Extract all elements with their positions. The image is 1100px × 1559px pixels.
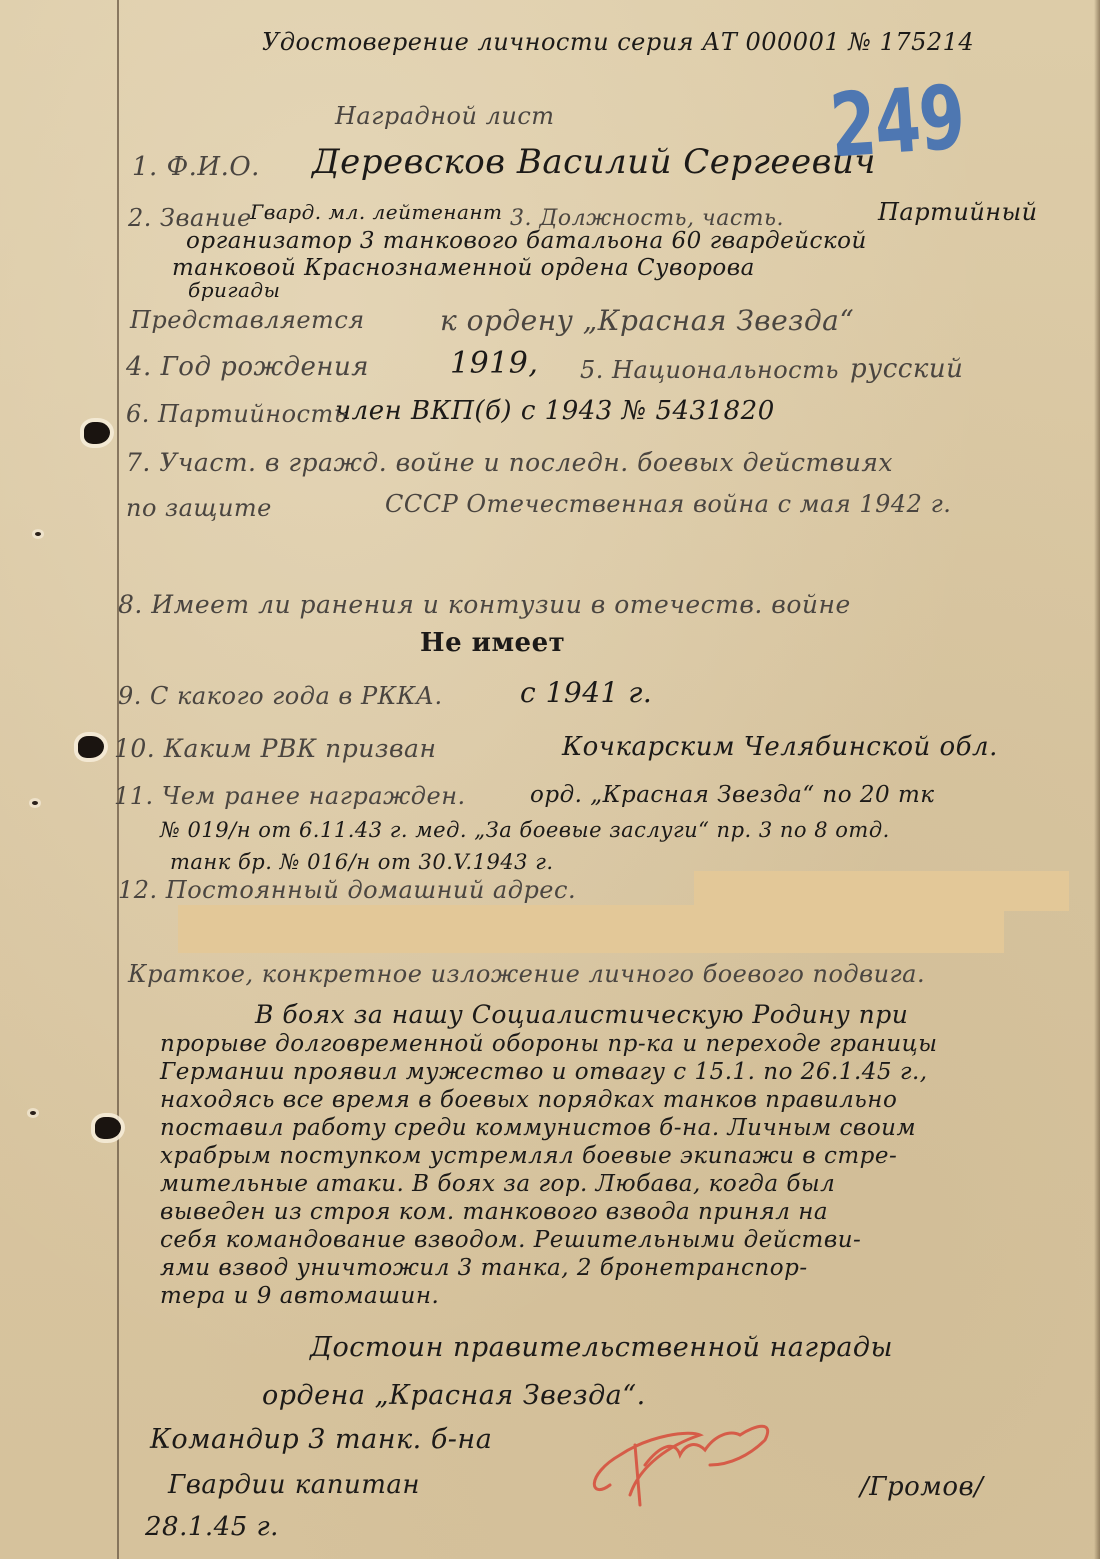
field-3-value-line1: Партийный	[878, 198, 1038, 226]
document-title: Наградной лист	[335, 102, 555, 130]
pin-hole-icon	[35, 532, 41, 536]
id-card-line: Удостоверение личности серия АТ 000001 №…	[262, 28, 974, 56]
field-1-label: 1. Ф.И.О.	[132, 152, 260, 182]
feat-line: выведен из строя ком. танкового взвода п…	[160, 1198, 1080, 1226]
feat-line: тера и 9 автомашин.	[160, 1282, 1080, 1310]
address-redaction	[178, 905, 1004, 953]
conclusion-line1: Достоин правительственной награды	[310, 1332, 893, 1363]
field-9-label: 9. С какого года в РККА.	[118, 682, 443, 710]
red-signature-icon	[580, 1405, 780, 1515]
binder-hole-icon	[78, 736, 104, 758]
field-3-value-line2: организатор 3 танкового батальона 60 гва…	[186, 228, 867, 254]
page-edge-shadow	[1094, 0, 1100, 1559]
feat-line: находясь все время в боевых порядках тан…	[160, 1086, 1080, 1114]
feat-line: Германии проявил мужество и отвагу с 15.…	[160, 1058, 1080, 1086]
feat-line: мительные атаки. В боях за гор. Любава, …	[160, 1170, 1080, 1198]
field-2-value-rank: Гвард. мл. лейтенант	[250, 200, 503, 224]
field-4-label: 4. Год рождения	[126, 352, 369, 382]
field-4-value-birth-year: 1919,	[450, 346, 538, 381]
pin-hole-icon	[30, 1111, 36, 1115]
signer-title-line2: Гвардии капитан	[168, 1470, 420, 1500]
binder-hole-icon	[84, 422, 110, 444]
feat-text-block: В боях за нашу Социалистическую Родину п…	[160, 1000, 1080, 1310]
field-5-label: 5. Национальность	[580, 356, 839, 384]
feat-line: прорыве долговременной обороны пр-ка и п…	[160, 1030, 1080, 1058]
pin-hole-icon	[32, 801, 38, 805]
field-10-label: 10. Каким РВК призван	[114, 734, 436, 763]
field-11-value-line1: орд. „Красная Звезда“ по 20 тк	[530, 782, 935, 808]
field-6-value-party: член ВКП(б) с 1943 № 5431820	[335, 396, 775, 426]
field-1-value-name: Деревсков Василий Сергеевич	[312, 142, 876, 182]
field-6-label: 6. Партийность	[126, 400, 347, 428]
field-7-label-line1: 7. Участ. в гражд. войне и последн. боев…	[126, 448, 893, 477]
presented-for-value: к ордену „Красная Звезда“	[440, 304, 854, 337]
field-12-label: 12. Постоянный домашний адрес.	[118, 876, 576, 904]
field-5-value-nationality: русский	[850, 354, 963, 384]
field-11-value-line3: танк бр. № 016/н от 30.V.1943 г.	[170, 850, 554, 874]
feat-line: храбрым поступком устремлял боевые экипа…	[160, 1142, 1080, 1170]
feat-line: себя командование взводом. Решительными …	[160, 1226, 1080, 1254]
field-8-value-wounds: Не имеет	[420, 628, 565, 658]
presented-for-label: Представляется	[130, 306, 365, 334]
document-date: 28.1.45 г.	[145, 1512, 279, 1542]
field-7-value: СССР Отечественная война с мая 1942 г.	[385, 490, 951, 518]
field-3-value-line4: бригады	[188, 278, 280, 302]
field-10-value-recruitment-office: Кочкарским Челябинской обл.	[562, 732, 998, 762]
field-11-value-line2: № 019/н от 6.11.43 г. мед. „За боевые за…	[160, 818, 890, 842]
feat-line: ями взвод уничтожил 3 танка, 2 бронетран…	[160, 1254, 1080, 1282]
feat-heading: Краткое, конкретное изложение личного бо…	[128, 960, 925, 988]
field-9-value-service-year: с 1941 г.	[520, 676, 652, 709]
signer-title-line1: Командир 3 танк. б-на	[150, 1424, 492, 1455]
award-sheet-page: Удостоверение личности серия АТ 000001 №…	[0, 0, 1100, 1559]
margin-rule	[117, 0, 119, 1559]
field-7-label-line2: по защите	[126, 494, 272, 522]
feat-line: В боях за нашу Социалистическую Родину п…	[255, 1000, 1100, 1030]
field-11-label: 11. Чем ранее награжден.	[114, 782, 466, 810]
feat-line: поставил работу среди коммунистов б-на. …	[160, 1114, 1080, 1142]
field-8-label: 8. Имеет ли ранения и контузии в отечест…	[118, 590, 851, 619]
signer-name: /Громов/	[860, 1472, 983, 1502]
